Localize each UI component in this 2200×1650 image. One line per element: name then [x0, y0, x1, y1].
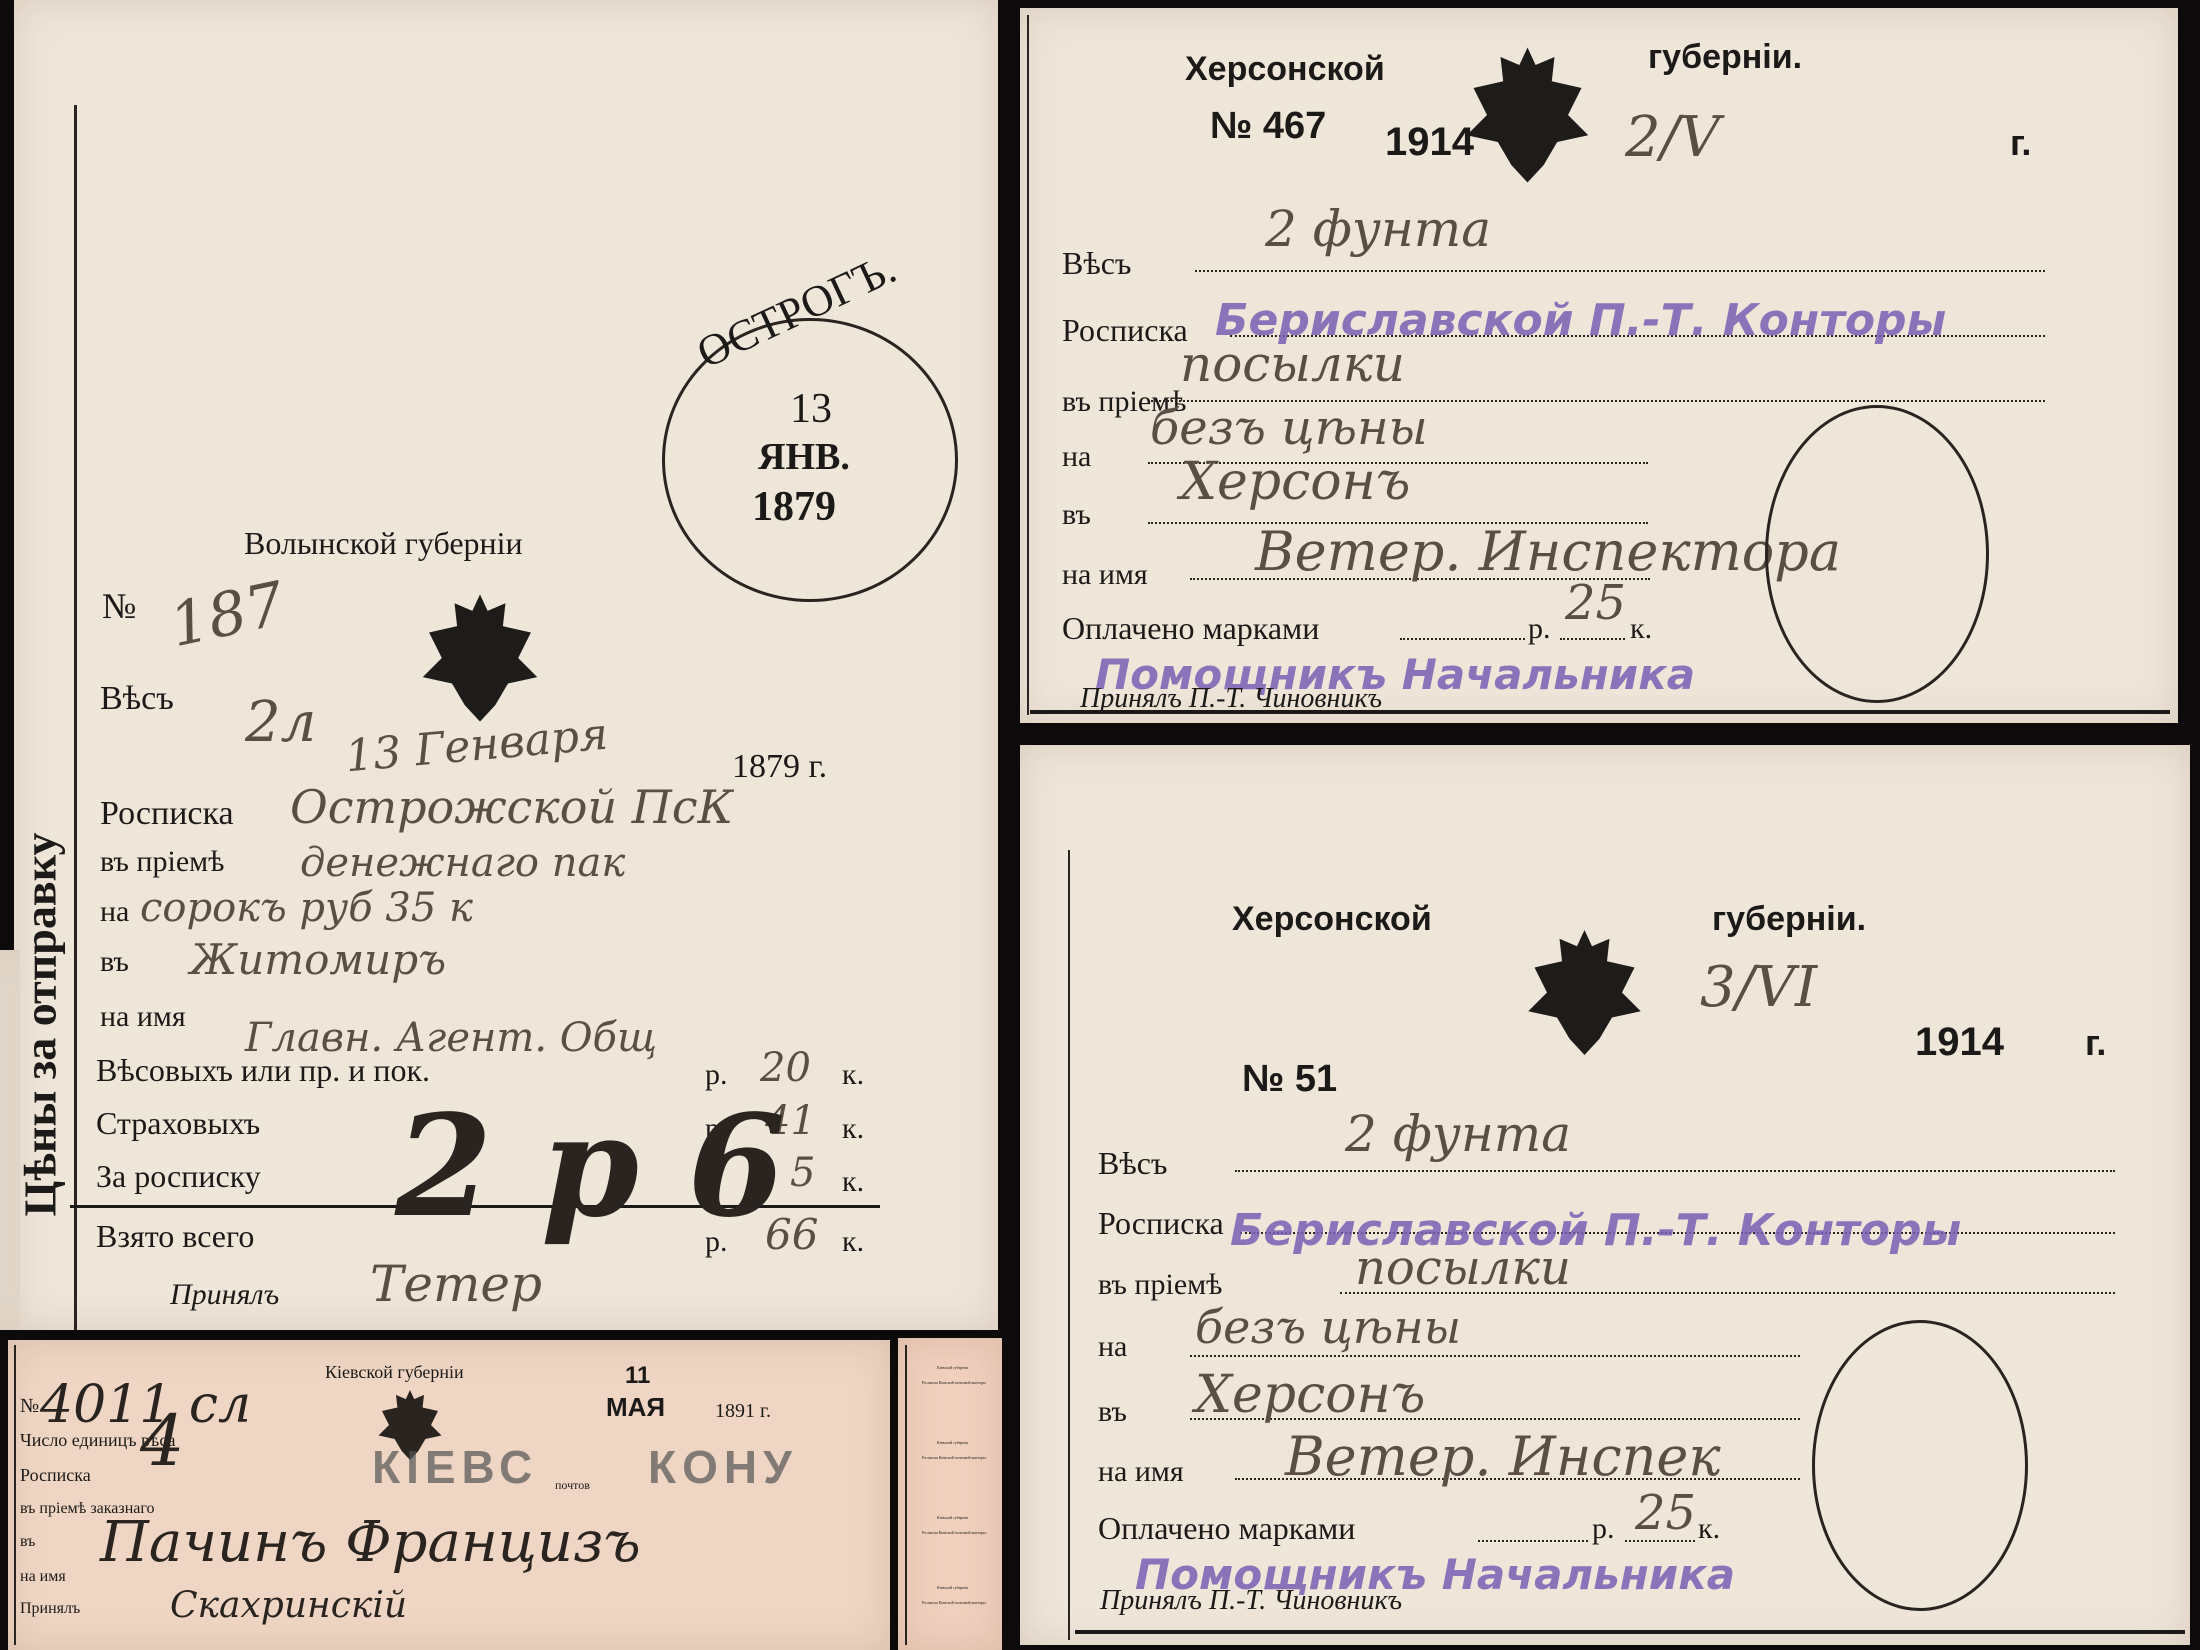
stamp-office: Бериславской П.-Т. Конторы — [1230, 1205, 1961, 1256]
province-right: губерніи. — [1712, 900, 1866, 939]
label-weight: Вѣсъ — [100, 680, 174, 718]
hand-to: Херсонъ — [1180, 452, 1410, 512]
field-on[interactable] — [1190, 1355, 1800, 1357]
label-name: на имя — [100, 1000, 186, 1034]
kop-3: к. — [842, 1165, 864, 1199]
side-text: Цѣны за отправку — [14, 797, 67, 1217]
strip-item: Кіевской губерніи Росписка Кіевской почт… — [912, 1365, 997, 1375]
field-rub[interactable] — [1478, 1540, 1588, 1542]
hand-weight: 2 фунта — [1265, 200, 1491, 258]
label-in-receipt: въ прiемѣ — [100, 845, 224, 879]
label-to: въ — [100, 945, 129, 979]
hand-weight: 2 фунта — [1345, 1105, 1571, 1163]
label-paid: Оплачено марками — [1098, 1510, 1355, 1547]
eagle-icon — [1460, 30, 1595, 200]
rub: р. — [1592, 1512, 1615, 1546]
field-kop[interactable] — [1560, 638, 1625, 640]
postmark-year: 1879 — [752, 483, 836, 531]
rub: р. — [1528, 612, 1551, 646]
label-in-receipt: въ прiемѣ — [1098, 1268, 1222, 1302]
field-weight[interactable] — [1235, 1170, 2115, 1172]
label-on: на — [1062, 440, 1091, 474]
hand-name: Ветер. Инспек — [1285, 1425, 1721, 1488]
province-title: Кіевской губерніи — [325, 1362, 464, 1383]
border-line — [1027, 15, 1029, 715]
label-to: въ — [20, 1533, 35, 1551]
province-left: Херсонской — [1232, 900, 1432, 939]
label-name: на имя — [1098, 1455, 1184, 1489]
eagle-icon — [415, 588, 545, 728]
hand-date: 2/V — [1625, 105, 1720, 170]
label-name: на имя — [20, 1568, 66, 1586]
year-suffix: г. — [2010, 122, 2031, 164]
hand-accepted: Тетер — [370, 1255, 542, 1313]
hand-in-receipt: посылки — [1355, 1240, 1571, 1296]
label-receipt: Росписка — [100, 795, 234, 833]
hand-on: сорокъ руб 35 к — [140, 885, 473, 931]
border-line — [74, 105, 77, 1330]
hand-on: безъ цѣны — [1195, 1300, 1461, 1354]
hand-on: безъ цѣны — [1150, 400, 1428, 456]
hand-kop: 25 — [1565, 575, 1626, 631]
hand-big-amount: 2 р 6 — [395, 1085, 785, 1249]
number-label: № — [20, 1395, 39, 1418]
hand-to: Херсонъ — [1195, 1365, 1425, 1425]
kop: к. — [1698, 1512, 1720, 1546]
province-right: губерніи. — [1648, 38, 1802, 77]
hand-in-receipt: денежнаго пак — [300, 840, 625, 886]
border-line — [905, 1345, 907, 1645]
strip-item: Кіевской губерніи Росписка Кіевской почт… — [912, 1515, 997, 1525]
stamp-office: КОНУ — [648, 1440, 798, 1494]
label-on: на — [1098, 1330, 1127, 1364]
label-total: Взято всего — [96, 1218, 254, 1255]
kop-2: к. — [842, 1112, 864, 1146]
hand-in-receipt: посылки — [1180, 335, 1405, 393]
label-weight: Вѣсъ — [1062, 245, 1131, 282]
province-left: Херсонской — [1185, 50, 1385, 89]
label-receipt: Росписка — [20, 1465, 91, 1486]
label-receipt-fee: За росписку — [96, 1158, 261, 1195]
hand-name: Ветер. Инспектора — [1255, 520, 1841, 583]
hand-receipt: Острожской ПсК — [290, 780, 733, 834]
strip-item: Кіевской губерніи Росписка Кіевской почт… — [912, 1585, 997, 1595]
border-line — [14, 1345, 16, 1645]
field-rub[interactable] — [1400, 638, 1525, 640]
cancel-circle — [1812, 1320, 2028, 1611]
province-title: Волынской губерніи — [244, 525, 523, 562]
label-accepted: Принялъ П.-Т. Чиновникъ — [1100, 1585, 1402, 1617]
hand-accepted: Скахринскій — [170, 1585, 407, 1626]
label-accepted: Принялъ — [20, 1600, 80, 1618]
year-print: 1879 г. — [732, 748, 827, 786]
postmark-month: ЯНВ. — [758, 435, 850, 479]
label-insurance: Страховыхъ — [96, 1105, 260, 1142]
number: № 51 — [1242, 1058, 1337, 1101]
stamp-kiev: КІЕВС — [372, 1440, 538, 1494]
label-on: на — [100, 895, 129, 929]
cancel-circle — [1765, 405, 1989, 703]
hand-weight: 4 — [140, 1400, 185, 1482]
label-receipt: Росписка — [1098, 1205, 1224, 1242]
label-receipt: Росписка — [1062, 312, 1188, 349]
number-label: № — [102, 585, 136, 627]
eagle-icon — [1522, 905, 1647, 1080]
number: № 467 — [1210, 105, 1326, 148]
label-weight: Вѣсъ — [1098, 1145, 1167, 1182]
stamp-postal: почтов — [555, 1478, 590, 1493]
footer-rule — [1075, 1630, 2185, 1634]
date-stamp-month: МАЯ — [606, 1392, 665, 1423]
hand-date: 3/VI — [1700, 955, 1817, 1020]
kop: к. — [1630, 612, 1652, 646]
year-print: 1914 — [1385, 120, 1474, 165]
label-weight-fee: Вѣсовыхъ или пр. и пок. — [96, 1052, 430, 1089]
label-to: въ — [1062, 498, 1091, 532]
kop-4: к. — [842, 1225, 864, 1259]
label-to: въ — [1098, 1395, 1127, 1429]
field-weight[interactable] — [1195, 270, 2045, 272]
border-line — [1068, 850, 1070, 1640]
hand-weight: 2л — [245, 690, 316, 755]
label-paid: Оплачено марками — [1062, 610, 1319, 647]
year-suffix: г. — [2085, 1022, 2106, 1064]
hand-name: Пачинъ Францизъ — [100, 1510, 641, 1575]
hand-to: Житомиръ — [190, 935, 446, 984]
date-stamp-day: 11 — [625, 1362, 650, 1390]
footer-rule — [1030, 710, 2170, 714]
year-print: 1891 г. — [715, 1400, 771, 1423]
label-name: на имя — [1062, 558, 1148, 592]
kop-1: к. — [842, 1058, 864, 1092]
hand-receipt-fee: 5 — [790, 1150, 815, 1196]
label-accepted: Принялъ — [170, 1278, 279, 1312]
postmark-day: 13 — [790, 385, 832, 433]
year-print: 1914 — [1915, 1020, 2004, 1065]
strip-item: Кіевской губерніи Росписка Кіевской почт… — [912, 1440, 997, 1450]
hand-kop: 25 — [1635, 1485, 1696, 1541]
